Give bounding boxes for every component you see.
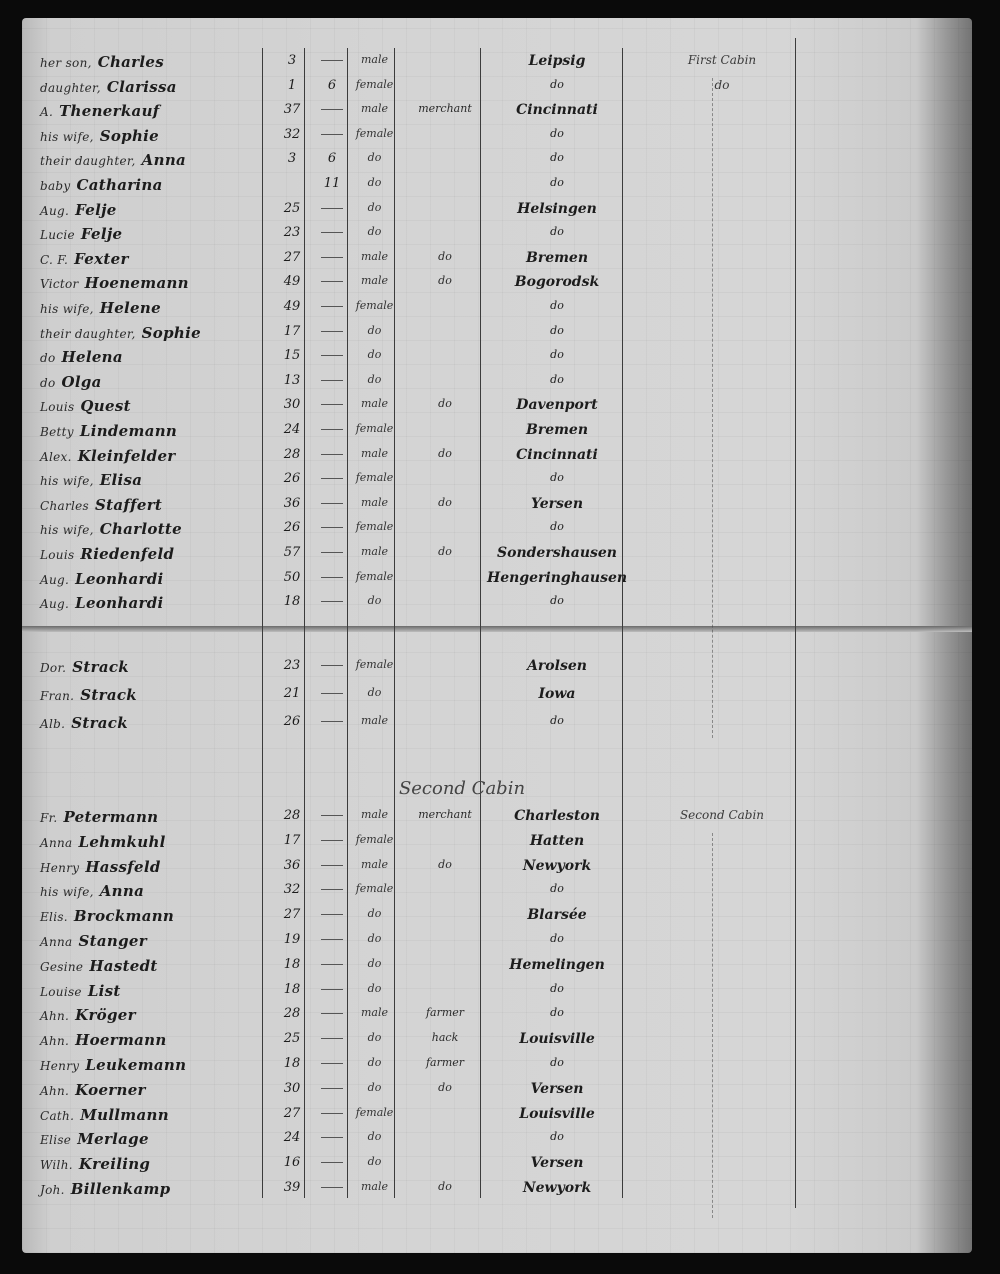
manifest-row: his wife,Anna32femaledo <box>22 882 972 906</box>
passenger-name: Alex.Kleinfelder <box>40 447 270 465</box>
place: Bogorodsk <box>487 274 627 290</box>
place: Newyork <box>487 1180 627 1196</box>
name-prefix: Fran. <box>40 689 74 703</box>
age-months <box>312 447 352 462</box>
passenger-name: daughter,Clarissa <box>40 78 270 96</box>
age-years: 27 <box>272 250 312 265</box>
manifest-row: his wife,Elisa26femaledo <box>22 471 972 495</box>
sex: do <box>352 176 397 189</box>
sex: do <box>352 686 397 699</box>
manifest-row: AnnaLehmkuhl17femaleHatten <box>22 833 972 857</box>
age-months <box>312 858 352 873</box>
age-years: 18 <box>272 982 312 997</box>
ditto-dash <box>321 503 343 504</box>
place: do <box>487 151 627 164</box>
section-heading-second-cabin: Second Cabin <box>342 778 582 799</box>
sex: female <box>352 520 397 533</box>
place: do <box>487 373 627 386</box>
passenger-name: EliseMerlage <box>40 1130 270 1148</box>
age-years: 30 <box>272 1081 312 1096</box>
name-prefix: Lucie <box>40 228 75 242</box>
age-months <box>312 299 352 314</box>
surname: Elisa <box>100 471 143 489</box>
sex: male <box>352 545 397 558</box>
ditto-dash <box>321 380 343 381</box>
surname: Felje <box>75 201 117 219</box>
name-prefix: C. F. <box>40 253 68 267</box>
age-months <box>312 373 352 388</box>
passenger-name: Fran.Strack <box>40 686 270 704</box>
manifest-row: CharlesStaffert36maledoYersen <box>22 496 972 520</box>
manifest-row: their daughter,Sophie17dodo <box>22 324 972 348</box>
passenger-name: Ahn.Hoermann <box>40 1031 270 1049</box>
age-months <box>312 471 352 486</box>
name-prefix: daughter, <box>40 81 101 95</box>
surname: Clarissa <box>107 78 177 96</box>
occupation: do <box>400 250 490 263</box>
manifest-row: Elis.Brockmann27doBlarsée <box>22 907 972 931</box>
age-years: 23 <box>272 658 312 673</box>
name-prefix: Alex. <box>40 450 72 464</box>
name-prefix: Dor. <box>40 661 66 675</box>
manifest-row: doHelena15dodo <box>22 348 972 372</box>
occupation: do <box>400 397 490 410</box>
occupation: farmer <box>400 1006 490 1019</box>
sex: do <box>352 225 397 238</box>
surname: Helene <box>100 299 161 317</box>
ditto-dash <box>321 1187 343 1188</box>
age-years: 32 <box>272 882 312 897</box>
manifest-row: Alex.Kleinfelder28maledoCincinnati <box>22 447 972 471</box>
manifest-row: their daughter,Anna36dodo <box>22 151 972 175</box>
age-years: 57 <box>272 545 312 560</box>
age-years: 16 <box>272 1155 312 1170</box>
ditto-dash <box>321 527 343 528</box>
age-years: 3 <box>272 151 312 166</box>
manifest-row: Joh.Billenkamp39maledoNewyork <box>22 1180 972 1204</box>
sex: do <box>352 932 397 945</box>
age-months <box>312 932 352 947</box>
age-years: 28 <box>272 1006 312 1021</box>
passenger-name: Cath.Mullmann <box>40 1106 270 1124</box>
sex: female <box>352 570 397 583</box>
surname: Merlage <box>77 1130 149 1148</box>
surname: Sophie <box>100 127 159 145</box>
place: Versen <box>487 1081 627 1097</box>
place: do <box>487 471 627 484</box>
passenger-name: Aug.Leonhardi <box>40 570 270 588</box>
surname: Billenkamp <box>71 1180 171 1198</box>
name-prefix: Gesine <box>40 960 83 974</box>
surname: Kreiling <box>79 1155 150 1173</box>
place: Louisville <box>487 1031 627 1047</box>
surname: Kleinfelder <box>78 447 176 465</box>
surname: Hastedt <box>89 957 157 975</box>
name-prefix: Elis. <box>40 910 68 924</box>
sex: male <box>352 274 397 287</box>
passenger-name: GesineHastedt <box>40 957 270 975</box>
age-months <box>312 422 352 437</box>
surname: Strack <box>71 714 128 732</box>
name-prefix: his wife, <box>40 474 94 488</box>
ditto-dash <box>321 109 343 110</box>
age-months <box>312 225 352 240</box>
age-months: 6 <box>312 78 352 93</box>
place: do <box>487 882 627 895</box>
age-months: 6 <box>312 151 352 166</box>
sex: do <box>352 373 397 386</box>
age-months <box>312 808 352 823</box>
name-prefix: Charles <box>40 499 89 513</box>
sex: male <box>352 447 397 460</box>
age-years: 26 <box>272 520 312 535</box>
months-value: 6 <box>328 151 336 166</box>
place: do <box>487 78 627 91</box>
ditto-dash <box>321 306 343 307</box>
surname: Charles <box>98 53 164 71</box>
surname: Hoermann <box>75 1031 166 1049</box>
name-prefix: do <box>40 351 56 365</box>
manifest-row: Fran.Strack21doIowa <box>22 686 972 710</box>
place: do <box>487 982 627 995</box>
name-prefix: Elise <box>40 1133 71 1147</box>
sex: male <box>352 858 397 871</box>
age-months <box>312 982 352 997</box>
manifest-row: Aug.Leonhardi50femaleHengeringhausen <box>22 570 972 594</box>
surname: Sophie <box>142 324 201 342</box>
age-months <box>312 1031 352 1046</box>
place: Iowa <box>487 686 627 702</box>
passenger-name: babyCatharina <box>40 176 270 194</box>
surname: Riedenfeld <box>80 545 174 563</box>
ditto-dash <box>321 964 343 965</box>
sex: do <box>352 982 397 995</box>
name-prefix: Louis <box>40 548 74 562</box>
age-months <box>312 274 352 289</box>
ditto-dash <box>321 281 343 282</box>
passenger-name: her son,Charles <box>40 53 270 71</box>
surname: Fexter <box>74 250 129 268</box>
sex: do <box>352 1155 397 1168</box>
occupation: merchant <box>400 102 490 115</box>
name-prefix: Wilh. <box>40 1158 73 1172</box>
name-prefix: Ahn. <box>40 1009 69 1023</box>
place: Leipsig <box>487 53 627 69</box>
place: do <box>487 520 627 533</box>
age-years: 28 <box>272 808 312 823</box>
sex: male <box>352 250 397 263</box>
ditto-dash <box>321 989 343 990</box>
sex: do <box>352 324 397 337</box>
passenger-name: BettyLindemann <box>40 422 270 440</box>
name-prefix: her son, <box>40 56 92 70</box>
passenger-name: Ahn.Koerner <box>40 1081 270 1099</box>
name-prefix: baby <box>40 179 71 193</box>
surname: Brockmann <box>74 907 174 925</box>
passenger-name: A.Thenerkauf <box>40 102 270 120</box>
age-years: 17 <box>272 833 312 848</box>
ditto-dash <box>321 232 343 233</box>
age-months <box>312 1106 352 1121</box>
occupation: do <box>400 447 490 460</box>
ditto-dash <box>321 478 343 479</box>
place: Louisville <box>487 1106 627 1122</box>
age-months <box>312 53 352 68</box>
surname: Catharina <box>77 176 163 194</box>
age-months <box>312 201 352 216</box>
ditto-dash <box>321 257 343 258</box>
passenger-name: doOlga <box>40 373 270 391</box>
page-fold <box>22 626 972 632</box>
age-months <box>312 957 352 972</box>
age-years: 36 <box>272 496 312 511</box>
ditto-dash <box>321 208 343 209</box>
passenger-name: LouiseList <box>40 982 270 1000</box>
age-years: 27 <box>272 1106 312 1121</box>
passenger-name: Ahn.Kröger <box>40 1006 270 1024</box>
passenger-name: Wilh.Kreiling <box>40 1155 270 1173</box>
ditto-dash <box>321 577 343 578</box>
name-prefix: Alb. <box>40 717 65 731</box>
passenger-name: HenryHassfeld <box>40 858 270 876</box>
age-years: 24 <box>272 422 312 437</box>
manifest-row: C. F.Fexter27maledoBremen <box>22 250 972 274</box>
name-prefix: their daughter, <box>40 154 136 168</box>
ditto-dash <box>321 1137 343 1138</box>
passenger-name: Dor.Strack <box>40 658 270 676</box>
place: Yersen <box>487 496 627 512</box>
age-years: 39 <box>272 1180 312 1195</box>
name-prefix: Aug. <box>40 573 69 587</box>
place: Bremen <box>487 422 627 438</box>
surname: Hoenemann <box>85 274 189 292</box>
age-years: 18 <box>272 594 312 609</box>
occupation: do <box>400 545 490 558</box>
passenger-name: HenryLeukemann <box>40 1056 270 1074</box>
passenger-name: Aug.Leonhardi <box>40 594 270 612</box>
manifest-row: Fr.Petermann28malemerchantCharlestonSeco… <box>22 808 972 832</box>
place: Helsingen <box>487 201 627 217</box>
surname: Staffert <box>95 496 162 514</box>
manifest-row: HenryLeukemann18dofarmerdo <box>22 1056 972 1080</box>
sex: do <box>352 907 397 920</box>
age-months <box>312 594 352 609</box>
manifest-row: babyCatharina11dodo <box>22 176 972 200</box>
age-months <box>312 1006 352 1021</box>
surname: Hassfeld <box>85 858 160 876</box>
sex: do <box>352 201 397 214</box>
age-months <box>312 833 352 848</box>
ditto-dash <box>321 1162 343 1163</box>
age-years: 27 <box>272 907 312 922</box>
sex: female <box>352 78 397 91</box>
manifest-row: her son,Charles3maleLeipsigFirst Cabin <box>22 53 972 77</box>
surname: Charlotte <box>100 520 182 538</box>
occupation: do <box>400 1081 490 1094</box>
manifest-row: Ahn.Hoermann25dohackLouisville <box>22 1031 972 1055</box>
sex: female <box>352 471 397 484</box>
age-years: 26 <box>272 471 312 486</box>
age-years: 17 <box>272 324 312 339</box>
occupation: do <box>400 858 490 871</box>
ditto-dash <box>321 404 343 405</box>
sex: do <box>352 1031 397 1044</box>
age-months <box>312 570 352 585</box>
manifest-row: Alb.Strack26maledo <box>22 714 972 738</box>
ditto-dash <box>321 454 343 455</box>
months-value: 11 <box>324 176 341 191</box>
sex: male <box>352 496 397 509</box>
name-prefix: Betty <box>40 425 74 439</box>
name-prefix: his wife, <box>40 523 94 537</box>
sex: do <box>352 151 397 164</box>
name-prefix: Victor <box>40 277 79 291</box>
ditto-dash <box>321 60 343 61</box>
age-months <box>312 102 352 117</box>
age-years: 26 <box>272 714 312 729</box>
surname: Mullmann <box>80 1106 169 1124</box>
age-years: 24 <box>272 1130 312 1145</box>
place: do <box>487 594 627 607</box>
name-prefix: his wife, <box>40 130 94 144</box>
sex: male <box>352 1006 397 1019</box>
passenger-class: do <box>632 78 812 92</box>
sex: female <box>352 422 397 435</box>
ditto-dash <box>321 429 343 430</box>
manifest-row: LouiseList18dodo <box>22 982 972 1006</box>
place: Cincinnati <box>487 102 627 118</box>
age-years: 49 <box>272 299 312 314</box>
passenger-name: doHelena <box>40 348 270 366</box>
surname: Leonhardi <box>75 594 163 612</box>
name-prefix: Anna <box>40 935 72 949</box>
ditto-dash <box>321 1013 343 1014</box>
manifest-row: VictorHoenemann49maledoBogorodsk <box>22 274 972 298</box>
ditto-dash <box>321 939 343 940</box>
name-prefix: Aug. <box>40 597 69 611</box>
age-months <box>312 714 352 729</box>
passenger-name: AnnaLehmkuhl <box>40 833 270 851</box>
ditto-dash <box>321 665 343 666</box>
age-months <box>312 686 352 701</box>
surname: Leonhardi <box>75 570 163 588</box>
passenger-name: his wife,Helene <box>40 299 270 317</box>
passenger-name: their daughter,Anna <box>40 151 270 169</box>
name-prefix: A. <box>40 105 53 119</box>
age-months <box>312 250 352 265</box>
place: do <box>487 127 627 140</box>
name-prefix: Henry <box>40 861 79 875</box>
age-years: 13 <box>272 373 312 388</box>
name-prefix: Joh. <box>40 1183 65 1197</box>
age-months <box>312 520 352 535</box>
manifest-row: doOlga13dodo <box>22 373 972 397</box>
manifest-row: LucieFelje23dodo <box>22 225 972 249</box>
sex: male <box>352 714 397 727</box>
name-prefix: Louise <box>40 985 82 999</box>
manifest-row: Aug.Felje25doHelsingen <box>22 201 972 225</box>
manifest-row: EliseMerlage24dodo <box>22 1130 972 1154</box>
ditto-dash <box>321 1113 343 1114</box>
passenger-name: their daughter,Sophie <box>40 324 270 342</box>
passenger-class: Second Cabin <box>632 808 812 822</box>
age-months <box>312 658 352 673</box>
surname: Helena <box>62 348 123 366</box>
surname: Strack <box>80 686 137 704</box>
manifest-row: HenryHassfeld36maledoNewyork <box>22 858 972 882</box>
age-months <box>312 1056 352 1071</box>
age-years: 37 <box>272 102 312 117</box>
manifest-row: his wife,Sophie32femaledo <box>22 127 972 151</box>
passenger-name: CharlesStaffert <box>40 496 270 514</box>
age-years: 36 <box>272 858 312 873</box>
age-years: 1 <box>272 78 312 93</box>
name-prefix: Ahn. <box>40 1034 69 1048</box>
name-prefix: Ahn. <box>40 1084 69 1098</box>
place: Blarsée <box>487 907 627 923</box>
surname: Anna <box>142 151 186 169</box>
age-years: 30 <box>272 397 312 412</box>
place: Cincinnati <box>487 447 627 463</box>
sex: do <box>352 594 397 607</box>
ditto-dash <box>321 693 343 694</box>
sex: do <box>352 957 397 970</box>
place: do <box>487 1130 627 1143</box>
occupation: merchant <box>400 808 490 821</box>
manifest-row: LouisQuest30maledoDavenport <box>22 397 972 421</box>
place: Arolsen <box>487 658 627 674</box>
place: Versen <box>487 1155 627 1171</box>
place: Hengeringhausen <box>487 570 627 586</box>
passenger-name: Elis.Brockmann <box>40 907 270 925</box>
occupation: farmer <box>400 1056 490 1069</box>
passenger-name: Fr.Petermann <box>40 808 270 826</box>
sex: male <box>352 53 397 66</box>
manifest-row: Aug.Leonhardi18dodo <box>22 594 972 618</box>
age-years: 25 <box>272 1031 312 1046</box>
surname: List <box>88 982 121 1000</box>
age-months <box>312 127 352 142</box>
passenger-name: LucieFelje <box>40 225 270 243</box>
place: Hatten <box>487 833 627 849</box>
place: do <box>487 1056 627 1069</box>
months-value: 6 <box>328 78 336 93</box>
ditto-dash <box>321 552 343 553</box>
occupation: hack <box>400 1031 490 1044</box>
name-prefix: Anna <box>40 836 72 850</box>
passenger-name: LouisRiedenfeld <box>40 545 270 563</box>
age-years: 49 <box>272 274 312 289</box>
ditto-dash <box>321 601 343 602</box>
passenger-name: AnnaStanger <box>40 932 270 950</box>
manifest-row: GesineHastedt18doHemelingen <box>22 957 972 981</box>
place: Newyork <box>487 858 627 874</box>
ditto-dash <box>321 914 343 915</box>
manifest-row: Cath.Mullmann27femaleLouisville <box>22 1106 972 1130</box>
ditto-dash <box>321 134 343 135</box>
manifest-row: his wife,Helene49femaledo <box>22 299 972 323</box>
age-months <box>312 397 352 412</box>
surname: Anna <box>100 882 144 900</box>
surname: Petermann <box>63 808 158 826</box>
ditto-dash <box>321 331 343 332</box>
place: do <box>487 324 627 337</box>
passenger-name: VictorHoenemann <box>40 274 270 292</box>
sex: male <box>352 102 397 115</box>
age-years: 28 <box>272 447 312 462</box>
passenger-name: Aug.Felje <box>40 201 270 219</box>
sex: male <box>352 397 397 410</box>
